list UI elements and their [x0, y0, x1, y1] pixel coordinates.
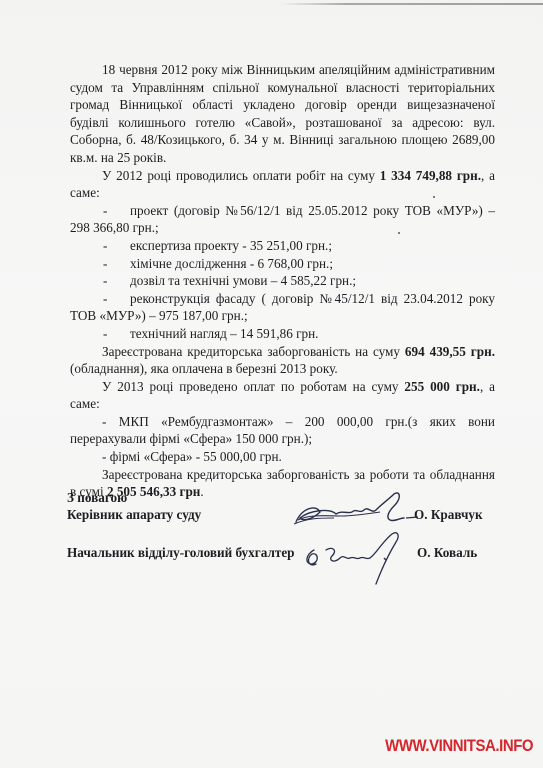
scanned-document-page: 18 червня 2012 року між Вінницьким апеля… — [0, 0, 543, 768]
list-item: - фірмі «Сфера» - 55 000,00 грн. — [70, 448, 495, 466]
signature-koval — [300, 528, 410, 588]
paragraph-creditor-debt-equipment: Зареєстрована кредиторська заборгованіст… — [70, 343, 495, 378]
watermark-logo: WWW.VINNITSA.INFO — [385, 736, 533, 756]
amount-2012-total: 1 334 749,88 грн. — [380, 168, 481, 183]
signer1-position: Керівник апарату суду — [67, 507, 201, 523]
scan-edge-line — [280, 3, 543, 5]
paragraph-2013-payments: У 2013 році проведено оплат по роботам н… — [70, 378, 495, 413]
list-item: -технічний нагляд – 14 591,86 грн. — [70, 325, 495, 343]
list-item: -дозвіл та технічні умови – 4 585,22 грн… — [70, 272, 495, 290]
signer1-name: О. Кравчук — [414, 507, 483, 523]
scan-speck — [433, 196, 435, 198]
amount-creditor-debt: 694 439,55 грн. — [405, 344, 495, 359]
list-item: -експертиза проекту - 35 251,00 грн.; — [70, 237, 495, 255]
scan-speck — [398, 232, 400, 234]
list-2012-items: -проект (договір №56/12/1 від 25.05.2012… — [70, 202, 495, 343]
list-item: -реконструкція фасаду ( договір №45/12/1… — [70, 290, 495, 325]
paragraph-total-creditor-debt: Зареєстрована кредиторська заборгованіст… — [70, 466, 495, 501]
closing-text: З повагою — [67, 490, 127, 506]
list-item: - МКП «Рембудгазмонтаж» – 200 000,00 грн… — [70, 413, 495, 448]
paragraph-lease-agreement: 18 червня 2012 року між Вінницьким апеля… — [70, 61, 495, 167]
list-item: -хімічне дослідження - 6 768,00 грн.; — [70, 255, 495, 273]
amount-2013-total: 255 000 грн. — [404, 379, 480, 394]
document-body: 18 червня 2012 року між Вінницьким апеля… — [70, 61, 495, 501]
signer2-name: О. Коваль — [417, 545, 477, 561]
paragraph-2012-payments: У 2012 році проводились оплати робіт на … — [70, 167, 495, 202]
list-item: -проект (договір №56/12/1 від 25.05.2012… — [70, 202, 495, 237]
signer2-position: Начальник відділу-головий бухгалтер — [67, 545, 295, 561]
